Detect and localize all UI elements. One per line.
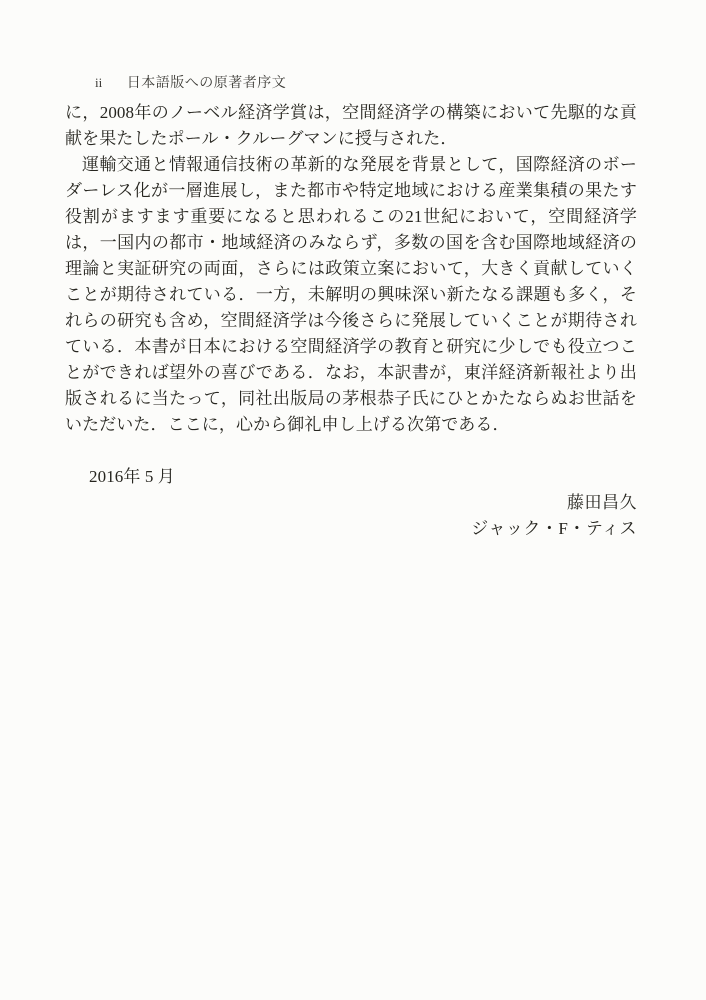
author-signature: 藤田昌久: [65, 490, 637, 516]
running-header-title: 日本語版への原著者序文: [127, 75, 287, 93]
page-header: ii 日本語版への原著者序文: [95, 74, 286, 93]
preface-body: に，2008年のノーベル経済学賞は，空間経済学の構築において先駆的な貢献を果たし…: [65, 100, 637, 542]
page-number: ii: [95, 74, 102, 92]
paragraph-main: 運輸交通と情報通信技術の革新的な発展を背景として，国際経済のボーダーレス化が一層…: [65, 152, 637, 438]
author-signature: ジャック・F・ティス: [65, 516, 637, 542]
book-page: ii 日本語版への原著者序文 に，2008年のノーベル経済学賞は，空間経済学の構…: [0, 0, 706, 1000]
signature-block: 藤田昌久 ジャック・F・ティス: [65, 490, 637, 542]
paragraph-continuation: に，2008年のノーベル経済学賞は，空間経済学の構築において先駆的な貢献を果たし…: [65, 100, 637, 152]
date-line: 2016年 5 月: [89, 464, 637, 490]
